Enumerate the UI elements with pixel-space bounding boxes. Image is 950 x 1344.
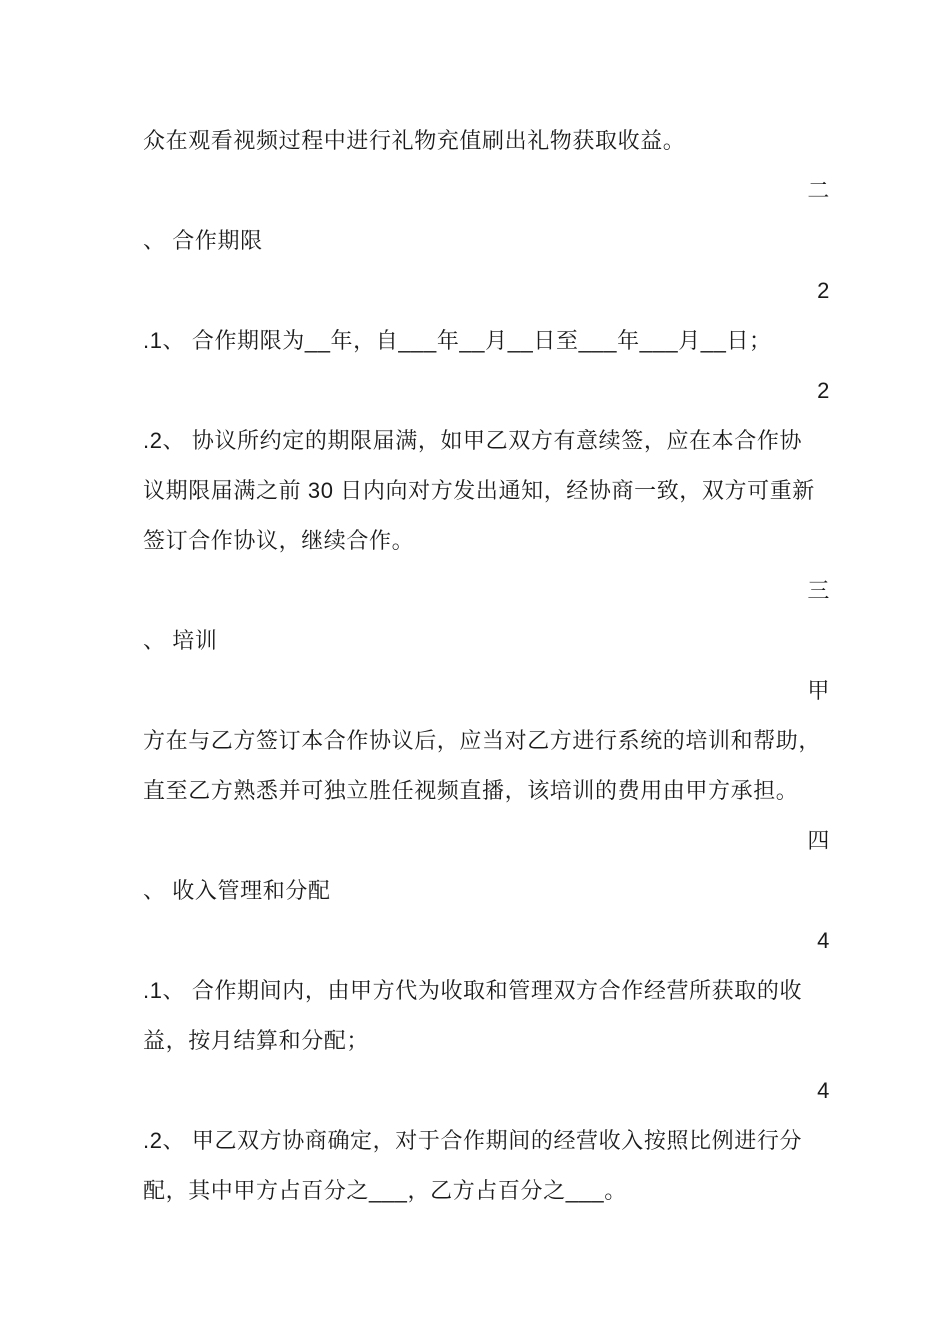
section-heading: 、 培训: [143, 616, 830, 666]
section-heading: 、 合作期限: [143, 216, 830, 266]
text-line: 甲: [143, 666, 830, 716]
section-heading: 、 收入管理和分配: [143, 866, 830, 916]
text-line: .1、 合作期限为__年，自___年__月__日至___年___月__日；: [143, 316, 830, 366]
text-line: 议期限届满之前 30 日内向对方发出通知，经协商一致，双方可重新: [143, 466, 830, 516]
text-line: .1、 合作期间内，由甲方代为收取和管理双方合作经营所获取的收: [143, 966, 830, 1016]
text-line: 直至乙方熟悉并可独立胜任视频直播，该培训的费用由甲方承担。: [143, 766, 830, 816]
text-line: 签订合作协议，继续合作。: [143, 516, 830, 566]
text-line: 2: [143, 266, 830, 316]
text-line: 二: [143, 166, 830, 216]
text-line: 四: [143, 816, 830, 866]
text-line: 方在与乙方签订本合作协议后，应当对乙方进行系统的培训和帮助，: [143, 716, 830, 766]
text-line: 2: [143, 366, 830, 416]
text-line: .2、 协议所约定的期限届满，如甲乙双方有意续签，应在本合作协: [143, 416, 830, 466]
text-line: .2、 甲乙双方协商确定，对于合作期间的经营收入按照比例进行分: [143, 1116, 830, 1166]
text-line: 4: [143, 916, 830, 966]
text-line: 益，按月结算和分配；: [143, 1016, 830, 1066]
text-line: 众在观看视频过程中进行礼物充值刷出礼物获取收益。: [143, 116, 830, 166]
document-body: 众在观看视频过程中进行礼物充值刷出礼物获取收益。 二 、 合作期限 2 .1、 …: [143, 116, 830, 1216]
text-line: 配，其中甲方占百分之___，乙方占百分之___。: [143, 1166, 830, 1216]
text-line: 4: [143, 1066, 830, 1116]
text-line: 三: [143, 566, 830, 616]
